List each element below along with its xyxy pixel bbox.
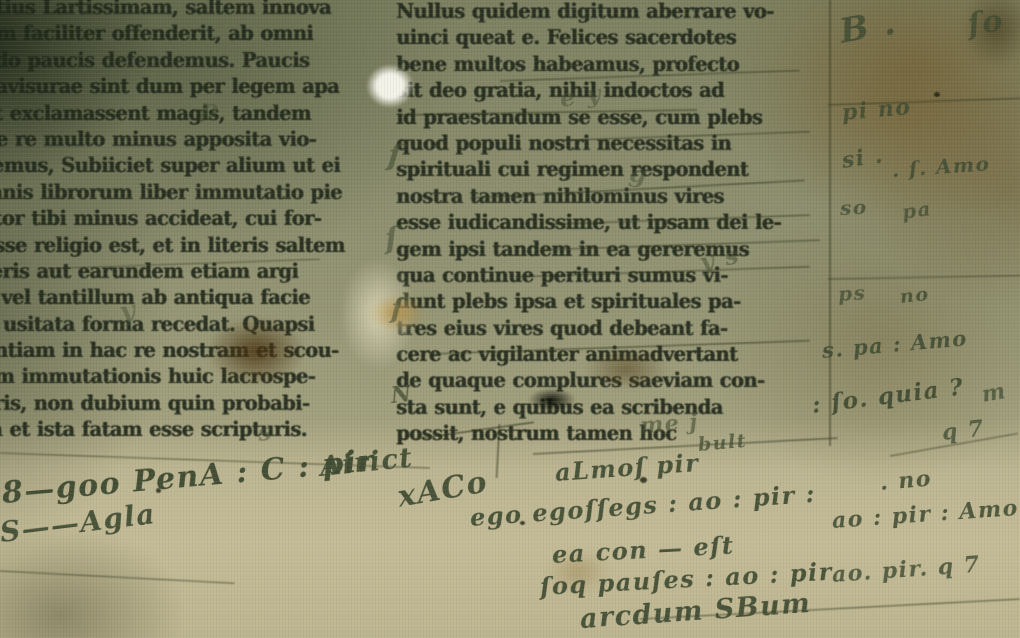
- manuscript-page: utius Lartissimam, saltem innovaum facil…: [0, 0, 1020, 638]
- marginal-note: so: [839, 195, 868, 220]
- bottom-handwritten-note: . no: [879, 466, 933, 496]
- interlinear-scribble: s: [256, 417, 274, 447]
- marginal-note: m: [980, 378, 1009, 408]
- interlinear-scribble: g: [627, 158, 650, 190]
- ink-speck: [934, 92, 940, 97]
- marginal-note: q 7: [941, 416, 986, 446]
- marginal-note: no: [899, 283, 931, 308]
- interlinear-scribbles-layer: ſſſNbulte ygy spysme j: [0, 0, 1020, 638]
- interlinear-scribble: ſ: [386, 138, 404, 174]
- marginal-note: pa: [900, 196, 933, 224]
- interlinear-scribble: bult: [697, 430, 748, 456]
- interlinear-scribble: e y: [558, 78, 604, 113]
- column-rule-line: [829, 0, 831, 446]
- interlinear-scribble: me j: [639, 409, 700, 439]
- interlinear-scribble: p: [198, 93, 222, 125]
- interlinear-scribble: y s: [697, 240, 742, 277]
- marginal-note: ps: [837, 280, 867, 306]
- marginal-note: ſo: [966, 3, 1006, 43]
- interlinear-scribble: ſ: [384, 221, 401, 257]
- interlinear-scribble: ſ: [390, 292, 405, 326]
- interlinear-scribble: y: [117, 295, 139, 327]
- interlinear-scribble: N: [390, 381, 414, 409]
